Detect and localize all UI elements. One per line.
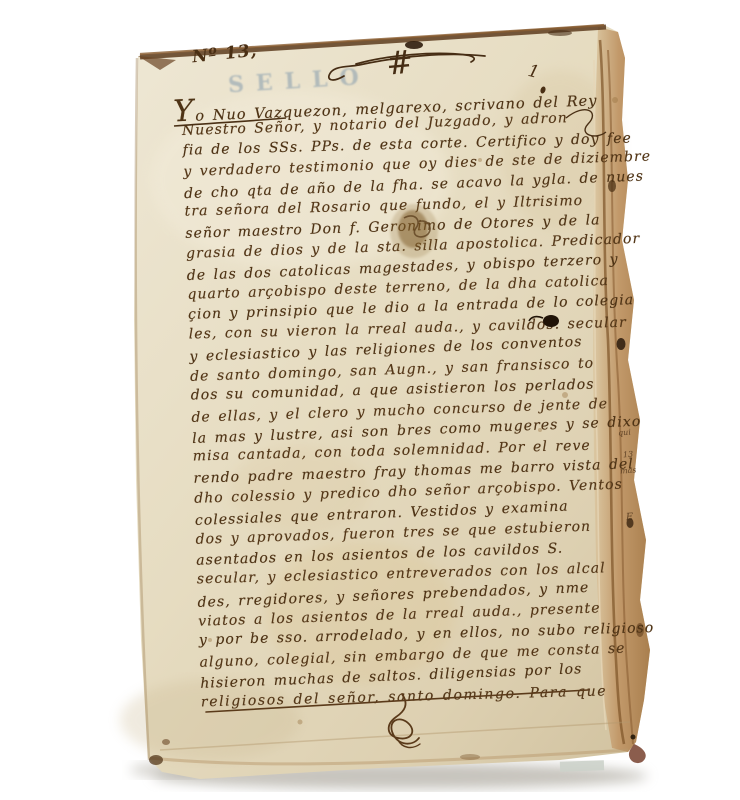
folio-number: 1 xyxy=(526,61,541,83)
hash-glyph: # xyxy=(385,43,415,83)
edge-fragment: mas xyxy=(620,465,637,475)
edge-fragment: qui xyxy=(618,428,631,438)
heading-number: Nº 13, xyxy=(191,41,258,68)
edge-fragment: E xyxy=(626,512,634,523)
edge-fragment: 13 xyxy=(623,450,634,460)
manuscript-text: Yo Nuo Vazquezon, melgarexo, scrivano de… xyxy=(181,87,637,714)
manuscript-photo: SELLO Nº 13, 1 Yo Nuo Vazquezon, melgare… xyxy=(0,0,740,800)
page-shadow xyxy=(152,763,648,789)
paper-seal-stamp: SELLO xyxy=(227,64,371,99)
